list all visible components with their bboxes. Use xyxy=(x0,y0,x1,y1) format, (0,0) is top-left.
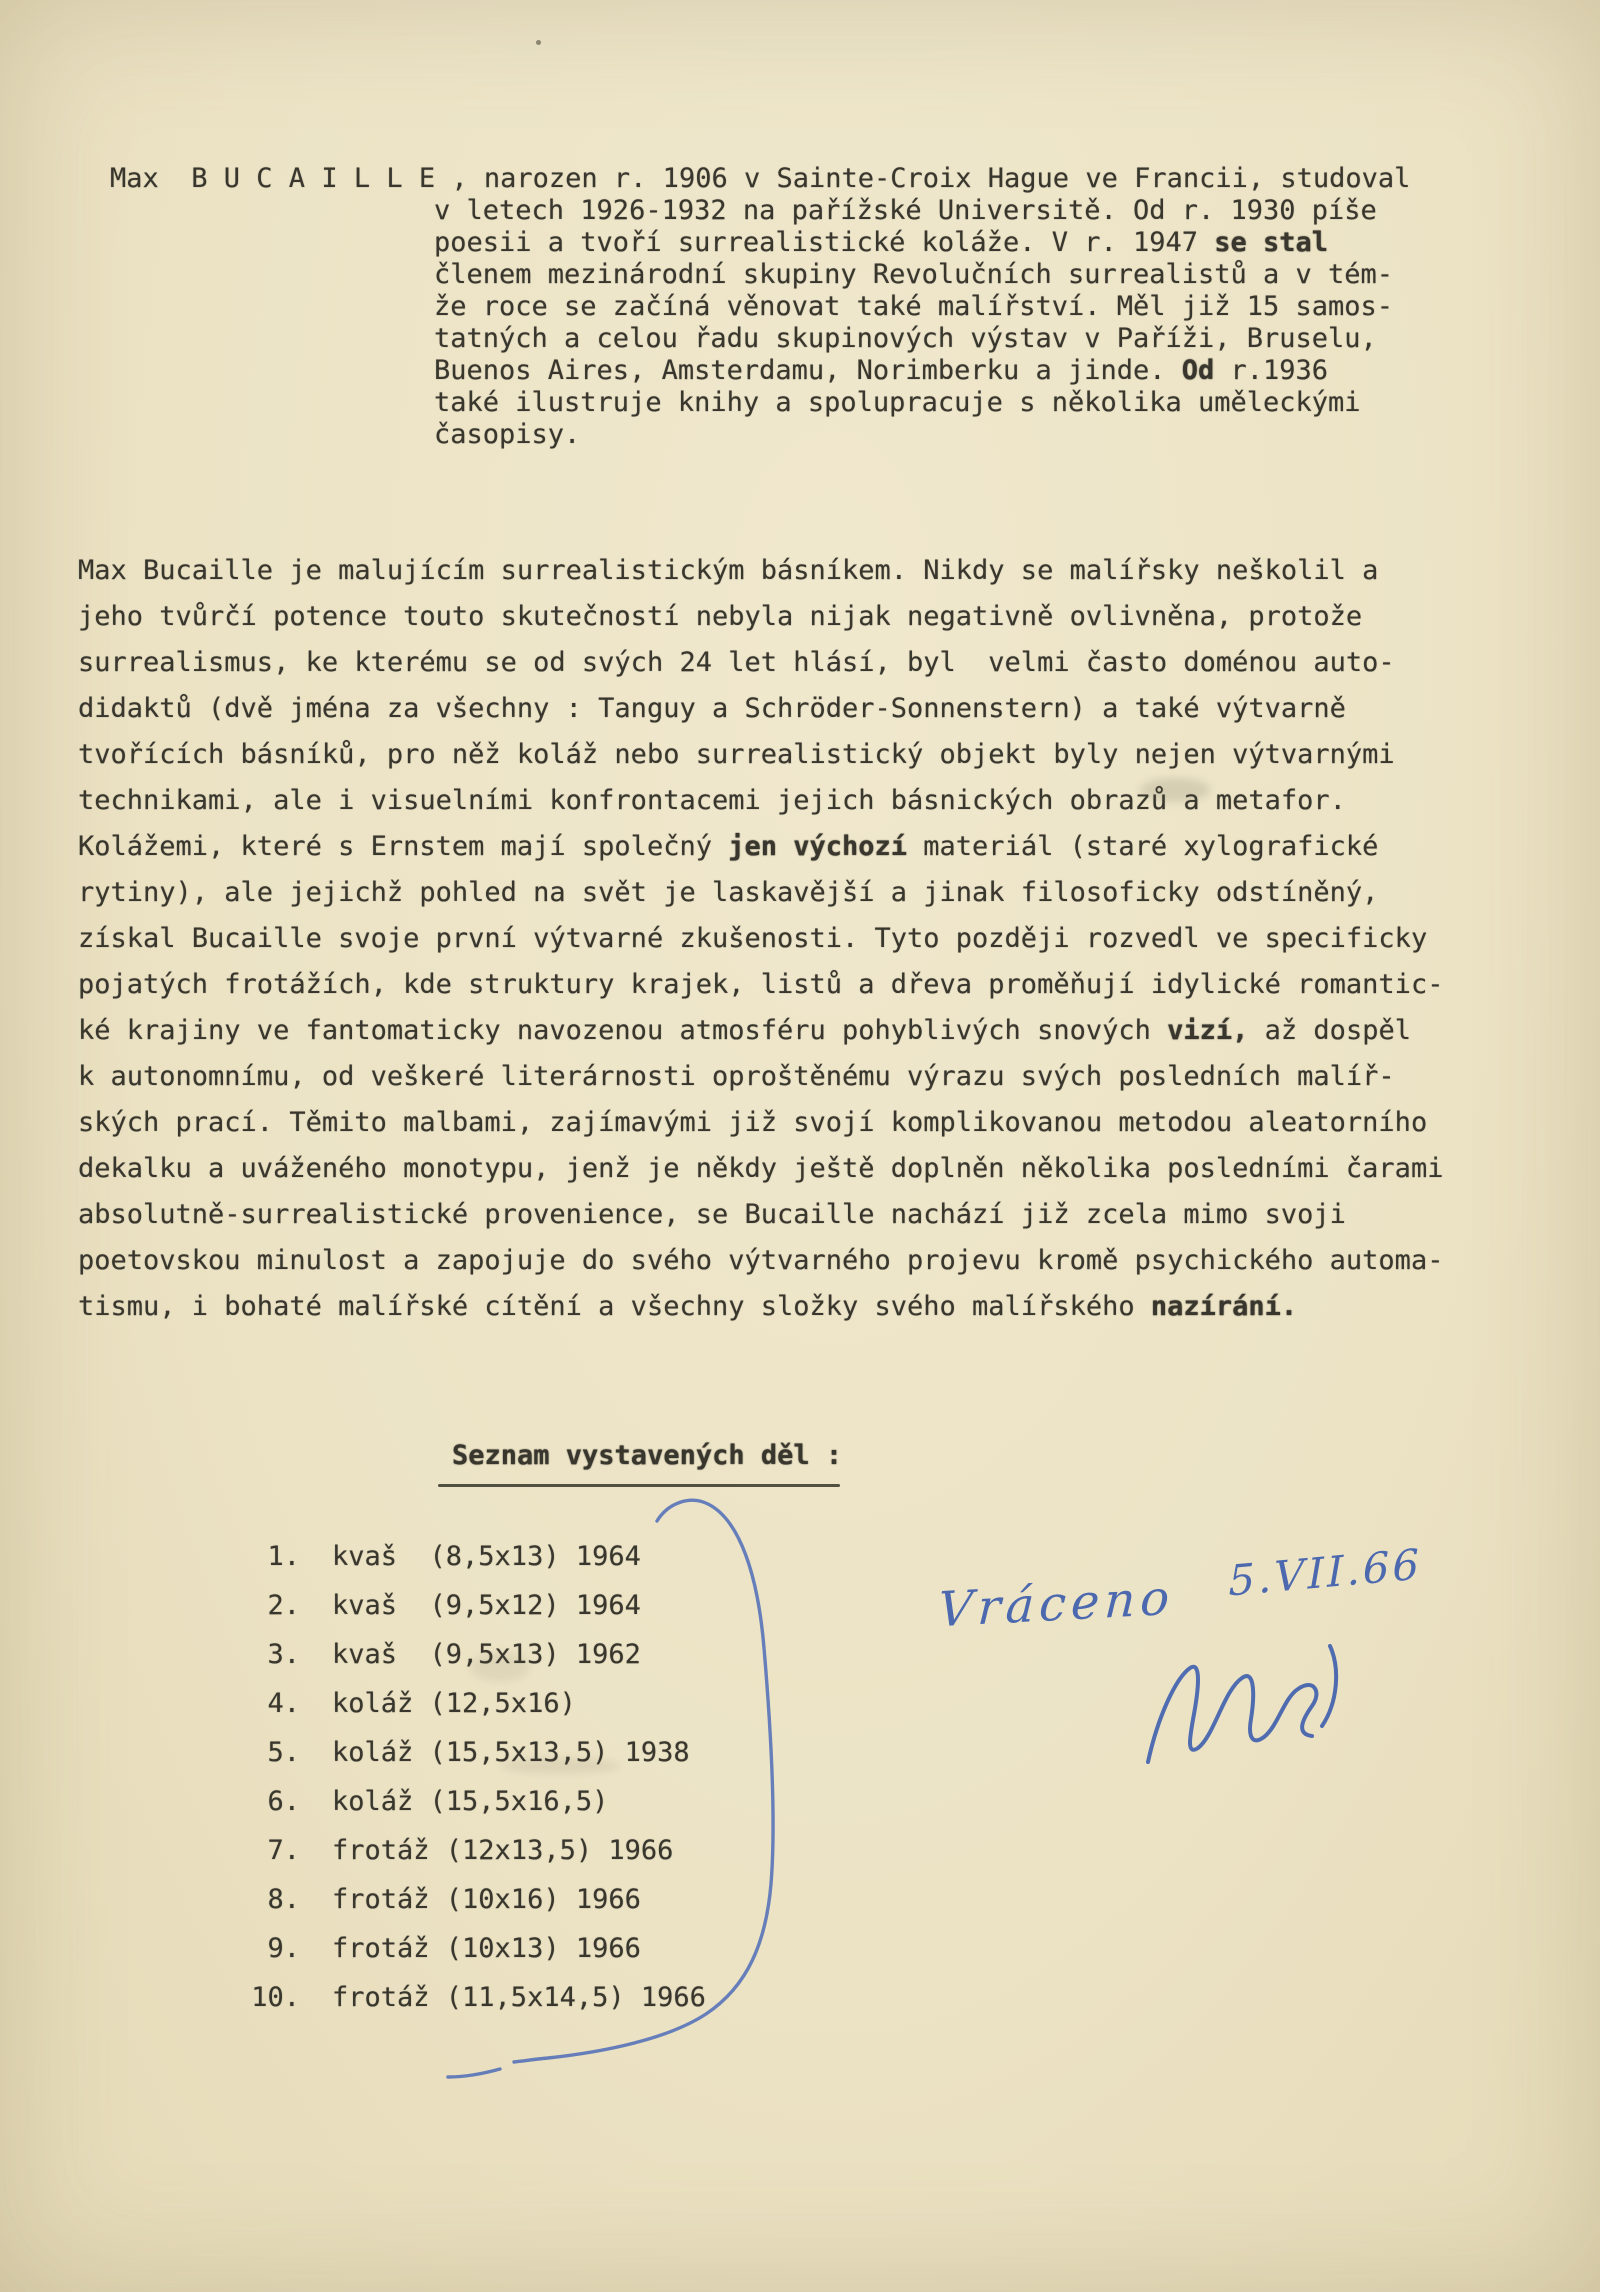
header-paragraph: v letech 1926-1932 na pařížské Universit… xyxy=(434,195,1393,451)
header-line: také ilustruje knihy a spolupracuje s ně… xyxy=(434,387,1393,419)
list-item: 10.frotáž (11,5x14,5) 1966 xyxy=(248,1973,706,2022)
header-line: tatných a celou řadu skupinových výstav … xyxy=(434,323,1393,355)
list-item-number: 7. xyxy=(248,1826,300,1875)
body-line: ských prací. Těmito malbami, zajímavými … xyxy=(78,1100,1443,1146)
list-item: 7.frotáž (12x13,5) 1966 xyxy=(248,1826,706,1875)
body-paragraph: Max Bucaille je malujícím surrealistický… xyxy=(78,548,1443,1330)
body-line: poetovskou minulost a zapojuje do svého … xyxy=(78,1238,1443,1284)
heading-underline xyxy=(438,1484,840,1487)
body-line: didaktů (dvě jména za všechny : Tanguy a… xyxy=(78,686,1443,732)
list-item: 6.koláž (15,5x16,5) xyxy=(248,1777,706,1826)
header-line: že roce se začíná věnovat také malířství… xyxy=(434,291,1393,323)
body-line: k autonomnímu, od veškeré literárnosti o… xyxy=(78,1054,1443,1100)
list-item: 9.frotáž (10x13) 1966 xyxy=(248,1924,706,1973)
list-item-number: 5. xyxy=(248,1728,300,1777)
list-item: 5.koláž (15,5x13,5) 1938 xyxy=(248,1728,706,1777)
header-line: členem mezinárodní skupiny Revolučních s… xyxy=(434,259,1393,291)
list-item: 1.kvaš (8,5x13) 1964 xyxy=(248,1532,706,1581)
body-line: Max Bucaille je malujícím surrealistický… xyxy=(78,548,1443,594)
list-item-text: frotáž (11,5x14,5) 1966 xyxy=(332,1973,706,2022)
paper-smudge xyxy=(500,1758,620,1774)
signature-flourish xyxy=(1322,1646,1336,1726)
header-line: Buenos Aires, Amsterdamu, Norimberku a j… xyxy=(434,355,1393,387)
list-heading: Seznam vystavených děl : xyxy=(452,1440,842,1471)
list-item-number: 9. xyxy=(248,1924,300,1973)
body-line: pojatých frotážích, kde struktury krajek… xyxy=(78,962,1443,1008)
header-line: v letech 1926-1932 na pařížské Universit… xyxy=(434,195,1393,227)
works-list: 1.kvaš (8,5x13) 19642.kvaš (9,5x12) 1964… xyxy=(248,1532,706,2022)
handwritten-note: Vráceno xyxy=(937,1570,1176,1639)
brace-tail-dash xyxy=(448,2069,500,2077)
body-line: dekalku a uváženého monotypu, jenž je ně… xyxy=(78,1146,1443,1192)
list-item-text: koláž (15,5x16,5) xyxy=(332,1777,608,1826)
body-line: získal Bucaille svoje první výtvarné zku… xyxy=(78,916,1443,962)
body-line: surrealismus, ke kterému se od svých 24 … xyxy=(78,640,1443,686)
list-item: 2.kvaš (9,5x12) 1964 xyxy=(248,1581,706,1630)
list-item-text: koláž (12,5x16) xyxy=(332,1679,576,1728)
body-line: rytiny), ale jejichž pohled na svět je l… xyxy=(78,870,1443,916)
handwritten-date: 5.VII.66 xyxy=(1228,1539,1423,1605)
body-line: jeho tvůrčí potence touto skutečností ne… xyxy=(78,594,1443,640)
list-item-number: 1. xyxy=(248,1532,300,1581)
paper-smudge xyxy=(1140,778,1210,802)
body-line: tvořících básníků, pro něž koláž nebo su… xyxy=(78,732,1443,778)
body-line: Kolážemi, které s Ernstem mají společný … xyxy=(78,824,1443,870)
list-item-number: 2. xyxy=(248,1581,300,1630)
list-item-number: 4. xyxy=(248,1679,300,1728)
scanned-document-page: Max B U C A I L L E , narozen r. 1906 v … xyxy=(0,0,1600,2292)
paper-smudge xyxy=(470,1652,530,1682)
header-line: časopisy. xyxy=(434,419,1393,451)
body-line: technikami, ale i visuelními konfrontace… xyxy=(78,778,1443,824)
header-first-line: Max B U C A I L L E , narozen r. 1906 v … xyxy=(110,163,1410,195)
list-item-text: frotáž (10x13) 1966 xyxy=(332,1924,641,1973)
list-item-number: 8. xyxy=(248,1875,300,1924)
body-line: absolutně-surrealistické provenience, se… xyxy=(78,1192,1443,1238)
list-item-text: kvaš (9,5x12) 1964 xyxy=(332,1581,641,1630)
list-item-text: frotáž (10x16) 1966 xyxy=(332,1875,641,1924)
body-line: ké krajiny ve fantomaticky navozenou atm… xyxy=(78,1008,1443,1054)
header-line: poesii a tvoří surrealistické koláže. V … xyxy=(434,227,1393,259)
list-item-text: frotáž (12x13,5) 1966 xyxy=(332,1826,673,1875)
list-item-text: kvaš (8,5x13) 1964 xyxy=(332,1532,641,1581)
list-item: 4.koláž (12,5x16) xyxy=(248,1679,706,1728)
list-item-number: 3. xyxy=(248,1630,300,1679)
ink-speck xyxy=(536,40,541,45)
body-line: tismu, i bohaté malířské cítění a všechn… xyxy=(78,1284,1443,1330)
list-item-number: 6. xyxy=(248,1777,300,1826)
list-item: 8.frotáž (10x16) 1966 xyxy=(248,1875,706,1924)
list-item-number: 10. xyxy=(248,1973,300,2022)
signature-scribble xyxy=(1148,1667,1316,1762)
